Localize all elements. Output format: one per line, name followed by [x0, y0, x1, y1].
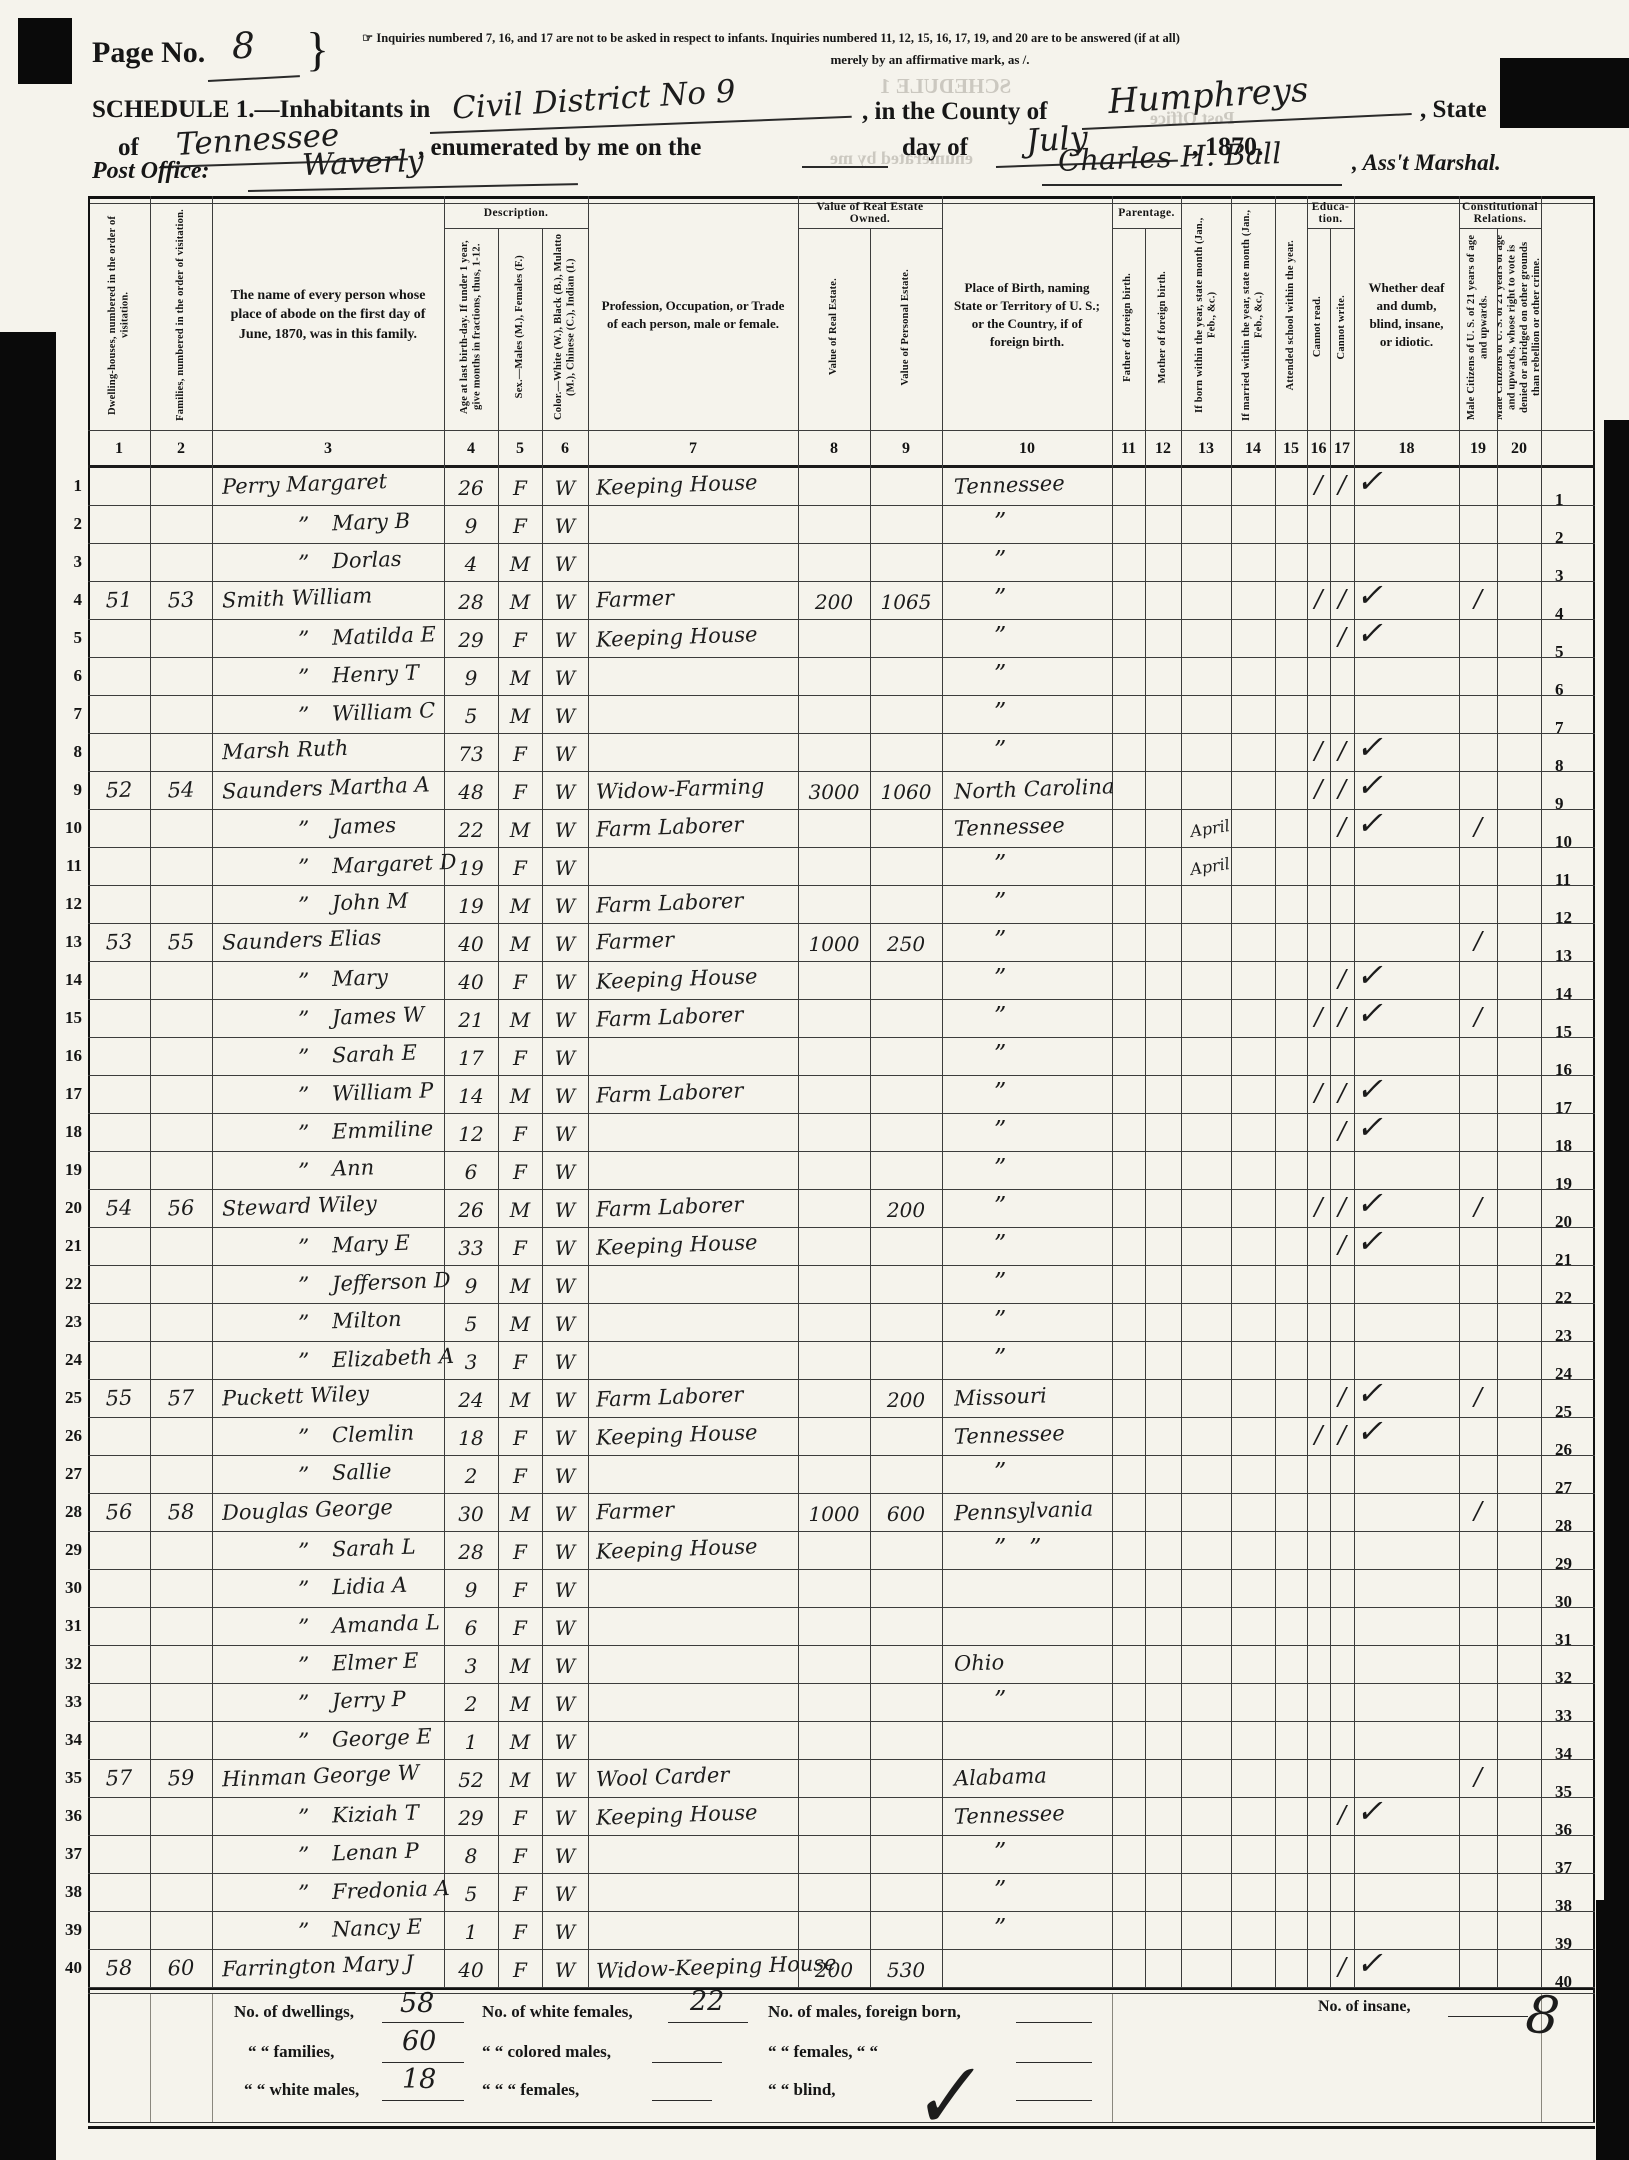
age-cell: 3	[444, 1654, 498, 1678]
birthplace-cell: Alabama	[954, 1763, 1048, 1790]
name-cell: Farrington Mary J	[222, 1951, 414, 1982]
column-header-5: Sex.—Males (M.), Females (F.)	[499, 230, 541, 424]
name-ditto-mark: ”	[298, 1084, 309, 1109]
name-cell: Henry T	[332, 660, 420, 687]
table-row: ”Margaret D19FW”April	[88, 848, 1595, 886]
name-cell: Elizabeth A	[332, 1344, 455, 1372]
row-number-left: 10	[54, 818, 82, 838]
column-number: 13	[1181, 430, 1231, 468]
color-cell: W	[542, 1236, 588, 1260]
scan-edge-artifact	[1500, 58, 1629, 128]
birthplace-cell: Ohio	[954, 1650, 1005, 1676]
pointing-hand-icon: ☞	[362, 31, 373, 45]
name-cell: Dorlas	[332, 547, 402, 573]
name-ditto-mark: ”	[298, 970, 309, 995]
column-header-label: If married within the year, state month …	[1241, 206, 1266, 424]
personal-estate-value-cell: 200	[870, 1198, 942, 1222]
deaf-dumb-check-mark: ✓	[1356, 1412, 1383, 1450]
color-cell: W	[542, 1084, 588, 1108]
name-ditto-mark: ”	[298, 1426, 309, 1451]
name-cell: Milton	[332, 1307, 402, 1333]
table-row: ”Matilda E29FWKeeping House”/✓	[88, 620, 1595, 658]
row-number-left: 5	[54, 628, 82, 648]
color-cell: W	[542, 1198, 588, 1222]
row-number-left: 6	[54, 666, 82, 686]
column-header-11: Father of foreign birth.	[1113, 230, 1144, 424]
age-cell: 52	[444, 1768, 498, 1792]
dwelling-number-cell: 52	[88, 777, 151, 803]
age-cell: 28	[444, 1540, 498, 1564]
sex-cell: F	[498, 1046, 542, 1070]
sex-cell: M	[498, 894, 542, 918]
name-cell: Clemlin	[332, 1421, 415, 1448]
column-header-17: Cannot write.	[1331, 230, 1353, 424]
birthplace-cell: ”	[994, 964, 1006, 992]
name-ditto-mark: ”	[298, 818, 309, 843]
row-number-left: 15	[54, 1008, 82, 1028]
age-cell: 29	[444, 1806, 498, 1830]
sex-cell: M	[498, 1730, 542, 1754]
row-number-left: 11	[54, 856, 82, 876]
cannot-write-mark: /	[1330, 1003, 1354, 1031]
name-cell: Jefferson D	[332, 1268, 451, 1296]
row-number-left: 9	[54, 780, 82, 800]
age-cell: 29	[444, 628, 498, 652]
females-foreign-label: “ “ females, “ “	[768, 2042, 878, 2062]
deaf-dumb-check-mark: ✓	[1356, 766, 1383, 804]
personal-estate-value-cell: 250	[870, 932, 942, 956]
birthplace-cell: ”	[994, 1914, 1006, 1942]
cannot-read-mark: /	[1307, 585, 1330, 613]
census-scan-page: SCHEDULE 1 enumerated by me Post Office …	[0, 0, 1629, 2160]
county-label: , in the County of	[862, 98, 1047, 126]
column-number: 16	[1307, 430, 1330, 468]
table-border	[88, 2126, 1595, 2129]
cannot-write-mark: /	[1330, 585, 1354, 613]
birthplace-cell: Missouri	[954, 1383, 1047, 1410]
table-row: ”Jefferson D9MW”	[88, 1266, 1595, 1304]
birthplace-cell: Tennessee	[954, 1421, 1065, 1449]
family-number-cell: 56	[150, 1195, 213, 1221]
instructions-text: Inquiries numbered 7, 16, and 17 are not…	[376, 31, 1180, 45]
column-number: 5	[498, 430, 542, 468]
row-number-left: 40	[54, 1958, 82, 1978]
sex-cell: F	[498, 1882, 542, 1906]
column-number: 7	[588, 430, 798, 468]
males-foreign-label: No. of males, foreign born,	[768, 2002, 961, 2022]
column-header-18: Whether deaf and dumb, blind, insane, or…	[1355, 206, 1458, 424]
name-cell: Lidia A	[332, 1573, 408, 1600]
birthplace-cell: ”	[994, 1192, 1006, 1220]
cannot-read-mark: /	[1307, 737, 1330, 765]
marriage-month-cell: April	[1180, 853, 1240, 881]
age-cell: 33	[444, 1236, 498, 1260]
row-number-left: 2	[54, 514, 82, 534]
row-number-left: 31	[54, 1616, 82, 1636]
sex-cell: F	[498, 970, 542, 994]
color-cell: W	[542, 666, 588, 690]
age-cell: 40	[444, 1958, 498, 1982]
column-number: 14	[1231, 430, 1275, 468]
marshal-signature: Charles H. Ball	[1057, 136, 1281, 178]
male-citizen-mark: /	[1459, 1383, 1497, 1411]
cannot-write-mark: /	[1330, 1801, 1354, 1829]
birthplace-cell: ”	[994, 698, 1006, 726]
name-cell: Lenan P	[332, 1838, 420, 1865]
color-cell: W	[542, 856, 588, 880]
sex-cell: M	[498, 1502, 542, 1526]
name-cell: Sarah E	[332, 1041, 418, 1068]
birthplace-cell: ”	[994, 926, 1006, 954]
male-citizen-mark: /	[1459, 1003, 1497, 1031]
occupation-cell: Keeping House	[596, 470, 758, 500]
row-number-left: 29	[54, 1540, 82, 1560]
sex-cell: M	[498, 932, 542, 956]
sex-cell: F	[498, 1616, 542, 1640]
sex-cell: F	[498, 742, 542, 766]
column-header-15: Attended school within the year.	[1276, 206, 1306, 424]
post-office-underline	[248, 183, 578, 192]
deaf-dumb-check-mark: ✓	[1356, 956, 1383, 994]
row-number-left: 33	[54, 1692, 82, 1712]
deaf-dumb-check-mark: ✓	[1356, 1374, 1383, 1412]
white-males-value: 18	[402, 2064, 436, 2095]
cannot-write-mark: /	[1330, 737, 1354, 765]
column-number: 2	[150, 430, 212, 468]
occupation-cell: Keeping House	[596, 964, 758, 994]
colored-males-label: “ “ colored males,	[482, 2042, 611, 2062]
color-cell: W	[542, 1578, 588, 1602]
cannot-write-mark: /	[1330, 1079, 1354, 1107]
column-number: 8	[798, 430, 870, 468]
row-number-left: 25	[54, 1388, 82, 1408]
table-row: ”James W21MWFarm Laborer”//✓/	[88, 1000, 1595, 1038]
family-number-cell: 59	[150, 1765, 213, 1791]
column-header-4: Age at last birth-day. If under 1 year, …	[445, 230, 497, 424]
footer-underline	[1016, 2022, 1092, 2023]
row-number-left: 22	[54, 1274, 82, 1294]
name-ditto-mark: ”	[298, 1312, 309, 1337]
column-header-3: The name of every person whose place of …	[213, 206, 443, 424]
table-row: ”Emmiline12FW”/✓	[88, 1114, 1595, 1152]
name-ditto-mark: ”	[298, 1274, 309, 1299]
deaf-dumb-check-mark: ✓	[1356, 462, 1383, 500]
occupation-cell: Farmer	[596, 586, 675, 613]
table-row: ”Milton5MW”	[88, 1304, 1595, 1342]
name-cell: William C	[332, 698, 436, 726]
dwelling-number-cell: 53	[88, 929, 151, 955]
real-estate-value-cell: 1000	[798, 1502, 870, 1526]
name-ditto-mark: ”	[298, 894, 309, 919]
age-cell: 21	[444, 1008, 498, 1032]
color-cell: W	[542, 1502, 588, 1526]
birthplace-cell: ”	[994, 736, 1006, 764]
sex-cell: M	[498, 1692, 542, 1716]
family-number-cell: 57	[150, 1385, 213, 1411]
sex-cell: M	[498, 1008, 542, 1032]
name-ditto-mark: ”	[298, 552, 309, 577]
sex-cell: M	[498, 1654, 542, 1678]
page-no-underline	[208, 75, 300, 82]
column-header-label: The name of every person whose place of …	[213, 286, 443, 345]
sex-cell: F	[498, 1958, 542, 1982]
row-number-left: 30	[54, 1578, 82, 1598]
name-cell: Mary	[332, 965, 389, 991]
column-header-2: Families, numbered in the order of visit…	[151, 206, 211, 424]
age-cell: 12	[444, 1122, 498, 1146]
marshal-underline	[1042, 184, 1342, 186]
footer-underline	[382, 2100, 464, 2101]
color-cell: W	[542, 1312, 588, 1336]
occupation-cell: Farm Laborer	[596, 1078, 744, 1107]
name-cell: Jerry P	[332, 1687, 406, 1714]
age-cell: 6	[444, 1160, 498, 1184]
name-cell: Marsh Ruth	[222, 736, 349, 764]
row-number-left: 13	[54, 932, 82, 952]
sex-cell: M	[498, 704, 542, 728]
column-header-13: If born within the year, state month (Ja…	[1182, 206, 1230, 424]
male-citizen-mark: /	[1459, 1497, 1497, 1525]
dwelling-number-cell: 55	[88, 1385, 151, 1411]
sex-cell: F	[498, 856, 542, 880]
name-cell: Margaret D	[332, 850, 457, 878]
occupation-cell: Widow-Farming	[596, 774, 765, 804]
cannot-write-mark: /	[1330, 1953, 1354, 1981]
column-header-label: Age at last birth-day. If under 1 year, …	[459, 230, 484, 424]
column-number: 19	[1459, 430, 1497, 468]
column-number: 6	[542, 430, 588, 468]
sex-cell: M	[498, 1198, 542, 1222]
row-number-left: 3	[54, 552, 82, 572]
name-ditto-mark: ”	[298, 1730, 309, 1755]
sex-cell: M	[498, 1084, 542, 1108]
color-cell: W	[542, 1692, 588, 1716]
name-ditto-mark: ”	[298, 514, 309, 539]
table-row: ”Kiziah T29FWKeeping HouseTennessee/✓	[88, 1798, 1595, 1836]
name-ditto-mark: ”	[298, 1692, 309, 1717]
birthplace-cell: ”	[994, 1686, 1006, 1714]
name-cell: Sarah L	[332, 1535, 416, 1562]
column-header-16: Cannot read.	[1308, 230, 1329, 424]
county-value: Humphreys	[1107, 70, 1310, 122]
sex-cell: F	[498, 1350, 542, 1374]
age-cell: 9	[444, 1578, 498, 1602]
column-number: 12	[1145, 430, 1181, 468]
color-cell: W	[542, 1464, 588, 1488]
color-cell: W	[542, 818, 588, 842]
age-cell: 9	[444, 514, 498, 538]
column-header-label: Male Citizens of U. S. of 21 years of ag…	[1498, 230, 1540, 424]
age-cell: 5	[444, 1312, 498, 1336]
name-cell: James	[332, 813, 397, 839]
column-header-19: Male Citizens of U. S. of 21 years of ag…	[1460, 230, 1496, 424]
birthplace-cell: ”	[994, 1154, 1006, 1182]
name-ditto-mark: ”	[298, 1464, 309, 1489]
column-group-label: Parentage.	[1113, 198, 1180, 228]
column-header-label: Sex.—Males (M.), Females (F.)	[514, 255, 526, 398]
schedule-label: SCHEDULE 1.—Inhabitants in	[92, 96, 430, 124]
table-row: ”Mary E33FWKeeping House”/✓	[88, 1228, 1595, 1266]
footer-underline	[668, 2022, 748, 2023]
age-cell: 4	[444, 552, 498, 576]
color-cell: W	[542, 932, 588, 956]
occupation-cell: Farm Laborer	[596, 1192, 744, 1221]
table-row: ”Henry T9MW”	[88, 658, 1595, 696]
color-cell: W	[542, 1768, 588, 1792]
table-row: Perry Margaret26FWKeeping HouseTennessee…	[88, 468, 1595, 506]
handwritten-page-mark: 8	[1523, 1984, 1562, 2047]
dwelling-number-cell: 56	[88, 1499, 151, 1525]
summary-column-line	[150, 1994, 151, 2122]
footer-underline	[652, 2100, 712, 2101]
name-cell: George E	[332, 1724, 433, 1751]
row-number-left: 14	[54, 970, 82, 990]
cannot-read-mark: /	[1307, 471, 1330, 499]
table-row: ”Sallie2FW”	[88, 1456, 1595, 1494]
column-number: 4	[444, 430, 498, 468]
name-ditto-mark: ”	[298, 666, 309, 691]
family-number-cell: 58	[150, 1499, 213, 1525]
white-females-value: 22	[690, 1986, 724, 2017]
brace-glyph: }	[306, 22, 329, 77]
column-header-14: If married within the year, state month …	[1232, 206, 1274, 424]
sex-cell: M	[498, 1388, 542, 1412]
birthplace-cell: ”	[994, 1230, 1006, 1258]
row-number-left: 24	[54, 1350, 82, 1370]
name-ditto-mark: ”	[298, 1236, 309, 1261]
day-blank-underline	[802, 166, 888, 168]
color-cell: W	[542, 970, 588, 994]
deaf-dumb-check-mark: ✓	[1356, 804, 1383, 842]
birthplace-cell: ”	[994, 1002, 1006, 1030]
age-cell: 48	[444, 780, 498, 804]
age-cell: 26	[444, 476, 498, 500]
column-header-label: Profession, Occupation, or Trade of each…	[589, 297, 797, 333]
row-number-left: 12	[54, 894, 82, 914]
birthplace-cell: ”	[994, 1078, 1006, 1106]
birthplace-cell: Tennessee	[954, 813, 1065, 841]
group-rule	[1112, 228, 1181, 229]
personal-estate-value-cell: 1060	[870, 780, 942, 804]
deaf-dumb-check-mark: ✓	[1356, 728, 1383, 766]
male-citizen-mark: /	[1459, 1193, 1497, 1221]
birthplace-cell: Tennessee	[954, 1801, 1065, 1829]
name-ditto-mark: ”	[298, 1882, 309, 1907]
row-number-left: 18	[54, 1122, 82, 1142]
footer-underline	[382, 2022, 464, 2023]
cannot-read-mark: /	[1307, 1079, 1330, 1107]
family-number-cell: 55	[150, 929, 213, 955]
age-cell: 40	[444, 970, 498, 994]
column-header-label: Cannot write.	[1336, 295, 1348, 359]
sex-cell: M	[498, 1312, 542, 1336]
row-number-left: 8	[54, 742, 82, 762]
colored-females-label: “ “ “ females,	[482, 2080, 579, 2100]
cannot-write-mark: /	[1330, 623, 1354, 651]
families-value: 60	[402, 2026, 436, 2057]
name-ditto-mark: ”	[298, 628, 309, 653]
deaf-dumb-check-mark: ✓	[1356, 1070, 1383, 1108]
age-cell: 1	[444, 1920, 498, 1944]
cannot-read-mark: /	[1307, 1421, 1330, 1449]
cannot-read-mark: /	[1307, 775, 1330, 803]
column-header-label: Male Citizens of U. S. of 21 years of ag…	[1466, 230, 1491, 424]
color-cell: W	[542, 742, 588, 766]
name-ditto-mark: ”	[298, 856, 309, 881]
real-estate-value-cell: 200	[798, 1958, 870, 1982]
row-number-left: 21	[54, 1236, 82, 1256]
table-row: ”Mary B9FW”	[88, 506, 1595, 544]
name-ditto-mark: ”	[298, 1122, 309, 1147]
cannot-write-mark: /	[1330, 775, 1354, 803]
cannot-write-mark: /	[1330, 1383, 1354, 1411]
color-cell: W	[542, 1730, 588, 1754]
color-cell: W	[542, 1654, 588, 1678]
table-row: ”Fredonia A5FW”	[88, 1874, 1595, 1912]
sex-cell: M	[498, 818, 542, 842]
cannot-read-mark: /	[1307, 1003, 1330, 1031]
occupation-cell: Farm Laborer	[596, 1382, 744, 1411]
name-cell: Saunders Elias	[222, 925, 382, 955]
occupation-cell: Farm Laborer	[596, 812, 744, 841]
male-citizen-mark: /	[1459, 813, 1497, 841]
age-cell: 24	[444, 1388, 498, 1412]
sex-cell: F	[498, 1578, 542, 1602]
summary-column-line	[1112, 1994, 1113, 2122]
birthplace-cell: ”	[994, 1116, 1006, 1144]
name-cell: William P	[332, 1078, 434, 1106]
occupation-cell: Keeping House	[596, 1534, 758, 1564]
birthplace-cell: ” ”	[994, 1534, 1041, 1562]
sex-cell: F	[498, 628, 542, 652]
occupation-cell: Farmer	[596, 1498, 675, 1525]
column-number: 10	[942, 430, 1112, 468]
post-office-label: Post Office:	[92, 158, 210, 185]
dwelling-number-cell: 51	[88, 587, 151, 613]
sex-cell: F	[498, 1160, 542, 1184]
name-cell: Ann	[332, 1155, 375, 1180]
color-cell: W	[542, 1920, 588, 1944]
table-row: ”Jerry P2MW”	[88, 1684, 1595, 1722]
row-number-left: 35	[54, 1768, 82, 1788]
scan-edge-artifact	[1604, 420, 1629, 1900]
table-row: ”Clemlin18FWKeeping HouseTennessee//✓	[88, 1418, 1595, 1456]
blind-label: “ “ blind,	[768, 2080, 836, 2100]
row-number-left: 27	[54, 1464, 82, 1484]
deaf-dumb-check-mark: ✓	[1356, 1222, 1383, 1260]
column-header-7: Profession, Occupation, or Trade of each…	[589, 206, 797, 424]
cannot-read-mark: /	[1307, 1193, 1330, 1221]
personal-estate-value-cell: 530	[870, 1958, 942, 1982]
name-ditto-mark: ”	[298, 1806, 309, 1831]
column-header-9: Value of Personal Estate.	[871, 230, 941, 424]
name-cell: John M	[332, 889, 409, 916]
color-cell: W	[542, 1350, 588, 1374]
age-cell: 6	[444, 1616, 498, 1640]
personal-estate-value-cell: 200	[870, 1388, 942, 1412]
cannot-write-mark: /	[1330, 1421, 1354, 1449]
column-group-label: Description.	[445, 198, 587, 228]
name-ditto-mark: ”	[298, 1350, 309, 1375]
column-header-10: Place of Birth, naming State or Territor…	[943, 206, 1111, 424]
color-cell: W	[542, 894, 588, 918]
sex-cell: M	[498, 666, 542, 690]
color-cell: W	[542, 590, 588, 614]
age-cell: 9	[444, 666, 498, 690]
sex-cell: F	[498, 1844, 542, 1868]
sex-cell: F	[498, 1920, 542, 1944]
sex-cell: F	[498, 514, 542, 538]
